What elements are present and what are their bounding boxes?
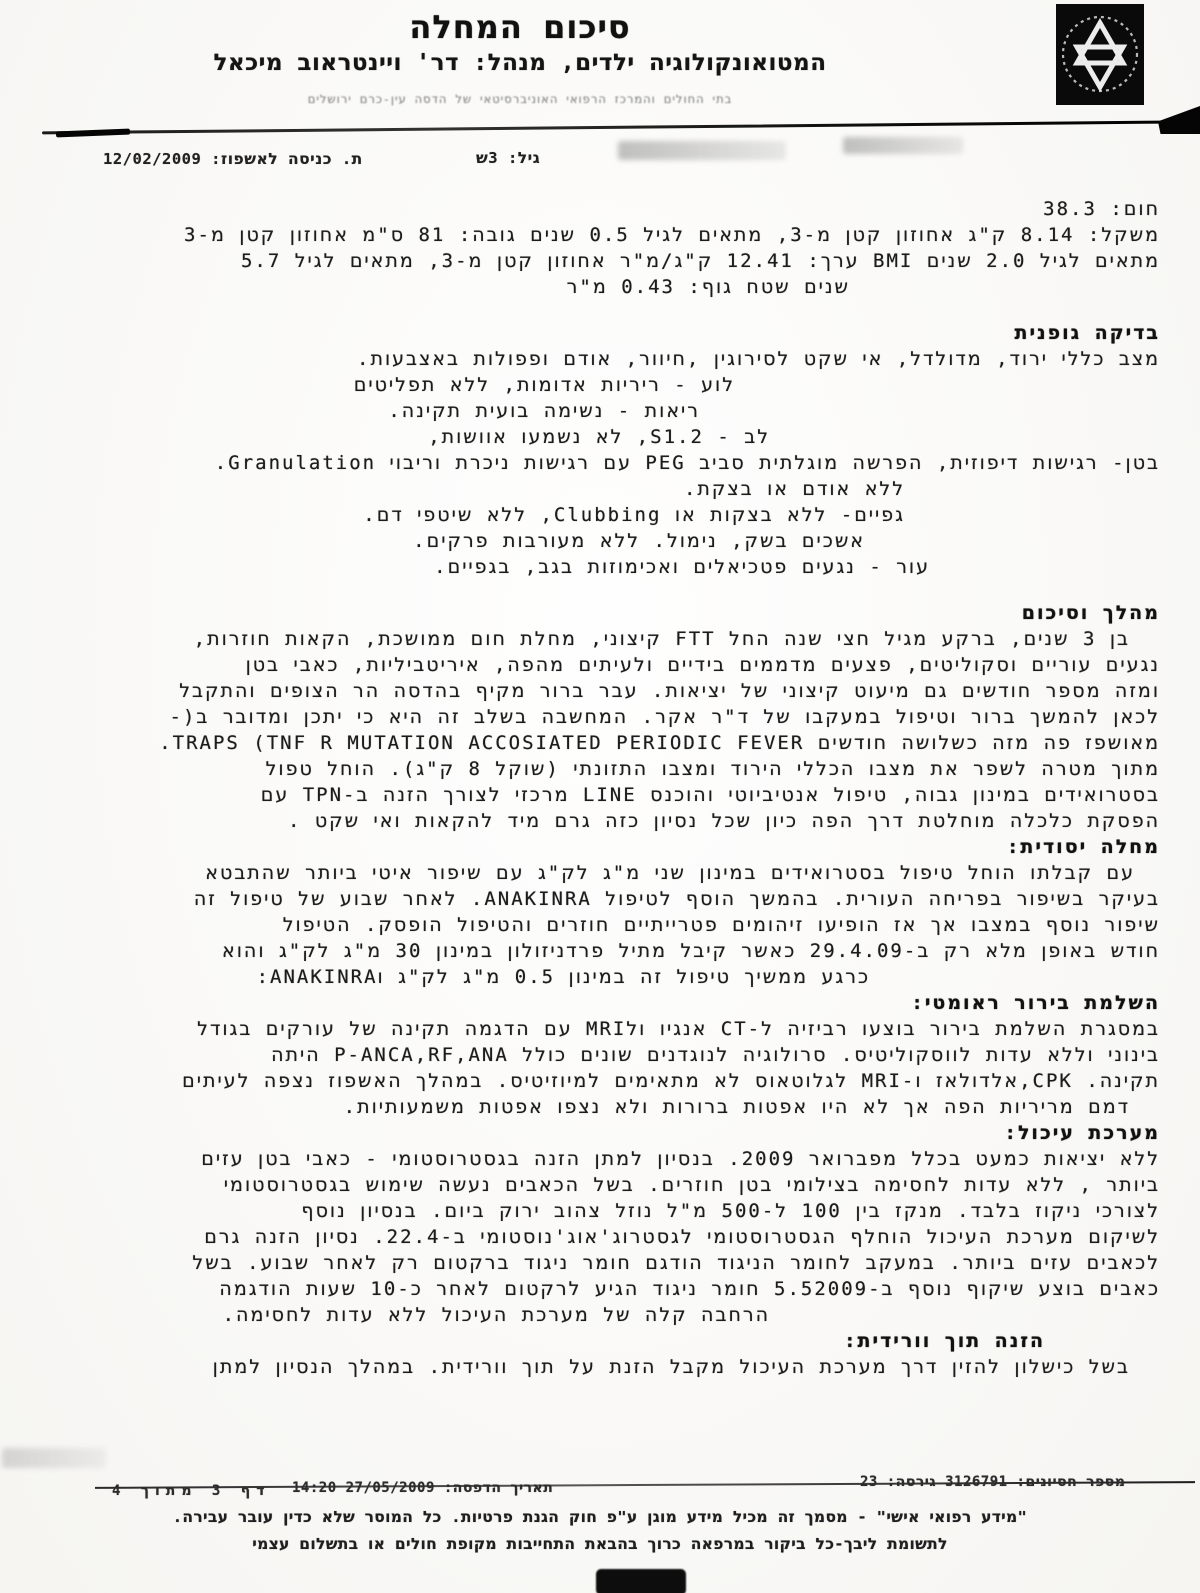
section-heading: בדיקה גופנית <box>40 320 1160 346</box>
section-heading: מערכת עיכול: <box>40 1120 1160 1146</box>
text-line: בן 3 שנים, ברקע מגיל חצי שנה החל FTT קיצ… <box>40 626 1160 652</box>
text-line: לשיקום מערכת העיכול הוחלף הגסטרוסטומי לג… <box>40 1224 1160 1250</box>
disclaimer-line-2: לתשומת ליבך-כל ביקור במרפאה כרוך בהבאת ה… <box>0 1535 1200 1553</box>
text-line: עם קבלתו הוחל טיפול בסטרואידים במינון שנ… <box>40 860 1160 886</box>
bottom-ink-blob <box>596 1569 686 1593</box>
text-line: בעיקר בשיפור בפריחה העורית. בהמשך הוסף ל… <box>40 886 1160 912</box>
text-line: הפסקת כלכלה מוחלטת דרך הפה כיון שכל נסיו… <box>40 808 1160 834</box>
text-line: הרחבה קלה של מערכת העיכול ללא עדות לחסימ… <box>40 1302 1160 1328</box>
text-line: לוע - ריריות אדומות, ללא תפליטים <box>40 372 1160 398</box>
text-line: אשכים בשק, נימול. ללא מעורבות פרקים. <box>40 528 1160 554</box>
text-line: לב - S1.2, לא נשמעו אוושות, <box>40 424 1160 450</box>
footer-record-number: מספר חסיונים: 3126791 גירסה: 23 <box>860 1474 1195 1490</box>
text-line: ללא אודם או בצקת. <box>40 476 1160 502</box>
text-line: נגעים עוריים וסקוליטים, פצעים מדממים ביד… <box>40 652 1160 678</box>
section-heading: הזנה תוך וורידית: <box>40 1328 1160 1354</box>
text-line: כאבים בוצע שיקוף נוסף ב-5.52009 חומר ניג… <box>40 1276 1160 1302</box>
text-line: בסטרואידים במינון גבוה, טיפול אנטיביוטי … <box>40 782 1160 808</box>
document-body: חום: 38.3משקל: 8.14 ק"ג אחוזון קטן מ-3, … <box>40 196 1160 1380</box>
text-line: גפיים- ללא בצקות או Clubbing, ללא שיטפי … <box>40 502 1160 528</box>
scan-artifact-top-cap <box>56 129 130 138</box>
text-line: ביותר , ללא עדות לחסימה בצילומי בטן חוזר… <box>40 1172 1160 1198</box>
text-line: לכאבים עזים ביותר. במעקב לחומר הניגוד הו… <box>40 1250 1160 1276</box>
admission-date: ת. כניסה לאשפוז: 12/02/2009 <box>103 150 363 168</box>
text-line: עור - נגעים פטכיאלים ואכימוזות בגב, בגפי… <box>40 554 1160 580</box>
text-line: ללא יציאות כמעט בכלל מפברואר 2009. בנסיו… <box>40 1146 1160 1172</box>
text-line: שנים שטח גוף: 0.43 מ"ר <box>40 274 1160 300</box>
org-line: בתי החולים והמרכז הרפואי האוניברסיטאי של… <box>0 92 1040 106</box>
text-line: דמם מריריות הפה אך לא היו אפטות ברורות ו… <box>40 1094 1160 1120</box>
text-line: ומזה מספר חודשים גם מיעוט קיצוני של יציא… <box>40 678 1160 704</box>
section-gap <box>40 580 1160 600</box>
redaction-smudge <box>843 137 963 154</box>
text-line: לצורכי ניקוז בלבד. מנקז בין 100 ל-500 מ"… <box>40 1198 1160 1224</box>
text-line: ריאות - נשימה בועית תקינה. <box>40 398 1160 424</box>
star-of-david-icon <box>1056 4 1144 105</box>
text-line: חודש באופן מלא רק ב-29.4.09 כאשר קיבל מת… <box>40 938 1160 964</box>
redaction-smudge <box>618 141 786 160</box>
scanned-document-page: סיכום המחלה המטואונקולוגיה ילדים, מנהל: … <box>0 0 1200 1593</box>
text-line: בשל כישלון להזין דרך מערכת העיכול מקבל ה… <box>40 1354 1160 1380</box>
text-line: תקינה. CPK,אלדולאז ו-MRI לגלוטאוס לא מתא… <box>40 1068 1160 1094</box>
text-line: שיפור נוסף במצבו אך אז הופיעו זיהומים פט… <box>40 912 1160 938</box>
age-label: גיל: 3ש <box>476 149 540 167</box>
text-line: חום: 38.3 <box>40 196 1160 222</box>
text-line: לכאן להמשך ברור וטיפול במעקבו של ד"ר אקר… <box>40 704 1160 730</box>
text-line: כרגע ממשיך טיפול זה במינון 0.5 מ"ג לק"ג … <box>40 964 1160 990</box>
footer-print-date: תאריך הדפסה: 27/05/2009 14:20 <box>292 1480 553 1496</box>
hospital-logo <box>1056 4 1144 105</box>
page-title: סיכום המחלה <box>0 8 1040 46</box>
text-line: בינוני וללא עדות לווסקוליטיס. סרולוגיה ל… <box>40 1042 1160 1068</box>
scan-artifact-top-line <box>42 121 1162 135</box>
section-heading: מהלך וסיכום <box>40 600 1160 626</box>
text-line: מאושפז פה מזה כשלושה חודשים TRAPS (TNF R… <box>40 730 1160 756</box>
disclaimer-line-1: "מידע רפואי אישי" - מסמך זה מכיל מידע מו… <box>0 1508 1200 1526</box>
department-subtitle: המטואונקולוגיה ילדים, מנהל: דר' ויינטראו… <box>0 50 1040 76</box>
footer-page-number: דף 3 מתוך 4 <box>112 1483 270 1499</box>
section-heading: מחלה יסודית: <box>40 834 1160 860</box>
scan-artifact-right-wedge <box>1158 106 1200 134</box>
text-line: מתאים לגיל 2.0 שנים BMI ערך: 12.41 ק"ג/מ… <box>40 248 1160 274</box>
text-line: מתוך מטרה לשפר את מצבו הכללי הירוד ומצבו… <box>40 756 1160 782</box>
text-line: בטן- רגישות דיפוזית, הפרשה מוגלתית סביב … <box>40 450 1160 476</box>
text-line: משקל: 8.14 ק"ג אחוזון קטן מ-3, מתאים לגי… <box>40 222 1160 248</box>
section-heading: השלמת בירור ראומטי: <box>40 990 1160 1016</box>
section-gap <box>40 300 1160 320</box>
text-line: במסגרת השלמת בירור בוצעו רביזיה ל-CT אנג… <box>40 1016 1160 1042</box>
text-line: מצב כללי ירוד, מדולדל, אי שקט לסירוגין ,… <box>40 346 1160 372</box>
redaction-smudge <box>2 1448 106 1468</box>
